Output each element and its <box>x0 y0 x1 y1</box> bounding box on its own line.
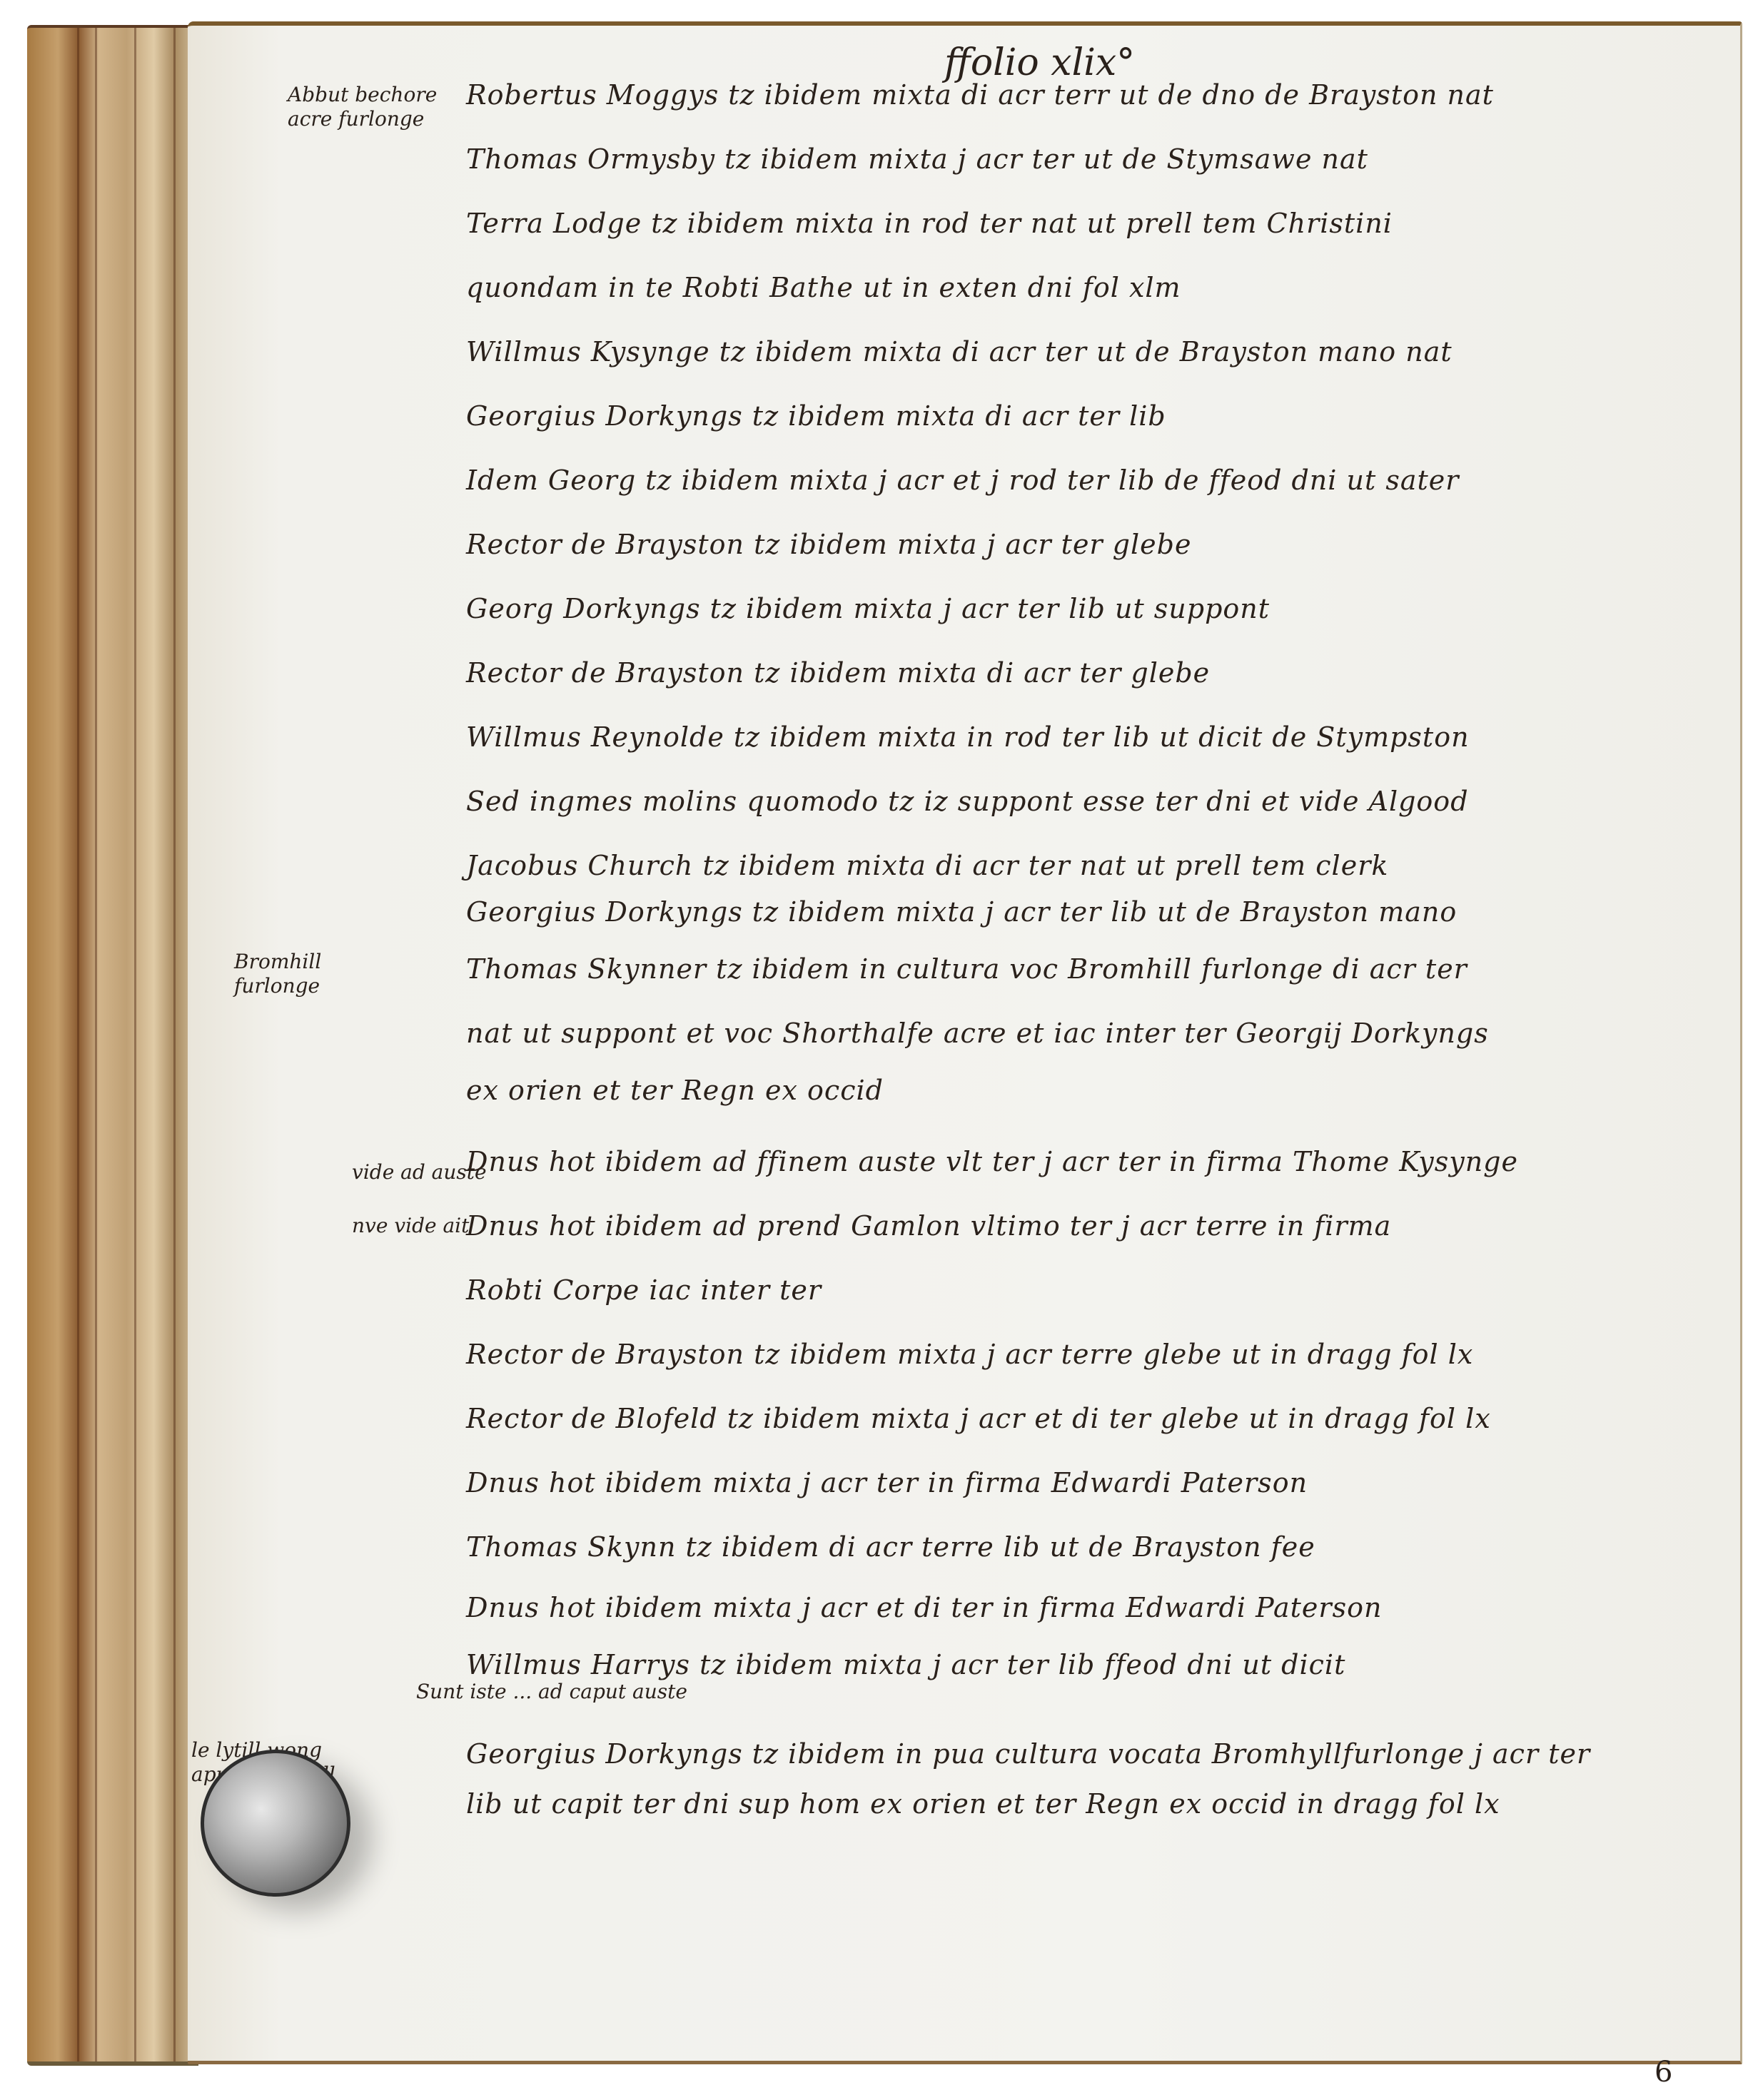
entry-line: Willmus Kysynge tz ibidem mixta di acr t… <box>466 336 1452 367</box>
entry-line: Dnus hot ibidem ad prend Gamlon vltimo t… <box>466 1210 1391 1242</box>
entry-line: Idem Georg tz ibidem mixta j acr et j ro… <box>466 465 1459 496</box>
entry-line: Dnus hot ibidem mixta j acr et di ter in… <box>466 1592 1382 1623</box>
entry-line: Sed ingmes molins quomodo tz iz suppont … <box>466 786 1469 817</box>
entry-line: Georgius Dorkyngs tz ibidem mixta j acr … <box>466 896 1457 928</box>
entry-line: Thomas Skynner tz ibidem in cultura voc … <box>466 953 1467 985</box>
entry-line: Thomas Ormysby tz ibidem mixta j acr ter… <box>466 143 1368 175</box>
entry-line: Rector de Brayston tz ibidem mixta di ac… <box>466 657 1210 689</box>
entry-line: Rector de Blofeld tz ibidem mixta j acr … <box>466 1403 1491 1434</box>
entry-line: Thomas Skynn tz ibidem di acr terre lib … <box>466 1531 1315 1563</box>
manuscript-page: ffolio xlix° Robertus Moggys tz ibidem m… <box>188 21 1742 2064</box>
corner-mark: 6 <box>1654 2056 1672 2089</box>
entry-line: Robertus Moggys tz ibidem mixta di acr t… <box>466 79 1494 111</box>
margin-note: Bromhill furlonge <box>234 950 321 998</box>
silver-button-weight <box>201 1750 350 1897</box>
entry-line: Georgius Dorkyngs tz ibidem mixta di acr… <box>466 400 1166 432</box>
margin-note: nve vide ait <box>352 1214 469 1238</box>
manuscript-book: ffolio xlix° Robertus Moggys tz ibidem m… <box>27 21 1743 2062</box>
entry-line: Rector de Brayston tz ibidem mixta j acr… <box>466 529 1191 560</box>
entry-line: quondam in te Robti Bathe ut in exten dn… <box>466 272 1181 303</box>
entry-line: Dnus hot ibidem mixta j acr ter in firma… <box>466 1467 1308 1498</box>
entry-line: Dnus hot ibidem ad ffinem auste vlt ter … <box>466 1146 1518 1177</box>
entry-line: Rector de Brayston tz ibidem mixta j acr… <box>466 1339 1473 1370</box>
margin-note: Sunt iste ... ad caput auste <box>416 1680 687 1704</box>
entry-line: Georg Dorkyngs tz ibidem mixta j acr ter… <box>466 593 1270 624</box>
folio-title: ffolio xlix° <box>944 41 1135 84</box>
margin-note: Abbut bechore acre furlonge <box>288 83 437 131</box>
entry-line: ex orien et ter Regn ex occid <box>466 1075 884 1106</box>
page-edges-stack <box>27 25 198 2066</box>
entry-line: Terra Lodge tz ibidem mixta in rod ter n… <box>466 208 1393 239</box>
entry-line: Robti Corpe iac inter ter <box>466 1274 822 1306</box>
entry-line: Willmus Harrys tz ibidem mixta j acr ter… <box>466 1649 1345 1680</box>
entry-line: Willmus Reynolde tz ibidem mixta in rod … <box>466 721 1470 753</box>
entry-line: Jacobus Church tz ibidem mixta di acr te… <box>466 850 1388 881</box>
entry-line: nat ut suppont et voc Shorthalfe acre et… <box>466 1018 1489 1049</box>
entry-line: Georgius Dorkyngs tz ibidem in pua cultu… <box>466 1738 1590 1770</box>
entry-line: lib ut capit ter dni sup hom ex orien et… <box>466 1788 1500 1820</box>
margin-note: vide ad auste <box>352 1160 487 1185</box>
